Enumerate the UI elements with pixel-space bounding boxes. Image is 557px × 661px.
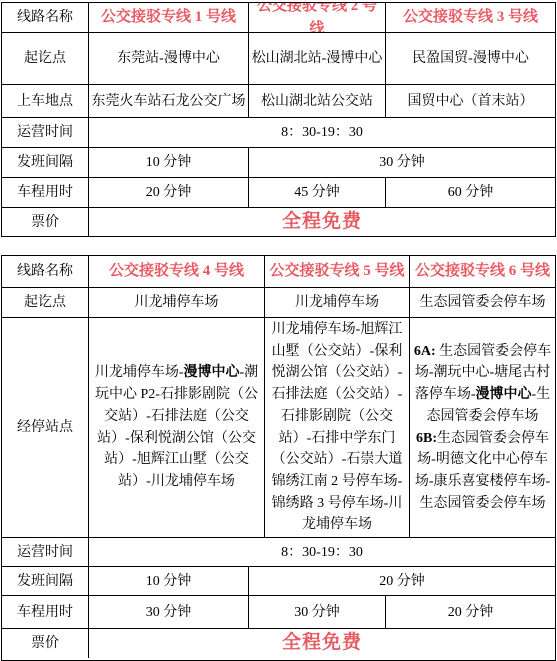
lines-5-6-interval: 20 分钟 — [249, 567, 555, 595]
row-label-fare: 票价 — [2, 629, 89, 658]
lines-2-3-interval: 30 分钟 — [249, 148, 555, 177]
table-row-endpoints: 起讫点 东莞站-漫博中心 松山湖北站-漫博中心 民盈国贸-漫博中心 — [2, 33, 555, 85]
line-6a-stops-text: 6A: 生态园管委会停车场-潮玩中心-塘尾古村落停车场-漫博中心-生态园管委会停… — [413, 341, 552, 428]
line-2-name: 公交接驳专线 2 号线 — [249, 3, 386, 32]
table-row-fare: 票价 全程免费 — [2, 208, 555, 236]
table-row-interval: 发班间隔 10 分钟 30 分钟 — [2, 148, 555, 178]
table-row-interval: 发班间隔 10 分钟 20 分钟 — [2, 567, 555, 596]
line-2-duration: 45 分钟 — [249, 178, 386, 207]
line-6b-stops-text: 6B:生态园管委会停车场-明德文化中心停车场-康乐喜宴楼停车场-生态园管委会停车… — [413, 428, 552, 515]
fare-all-lines: 全程免费 — [89, 208, 555, 236]
table-row-line-name: 线路名称 公交接驳专线 4 号线 公交接驳专线 5 号线 公交接驳专线 6 号线 — [2, 256, 555, 288]
line-4-stops: 川龙埔停车场-漫博中心-潮玩中心 P2-石排影剧院（公交站）-石排法庭（公交站）… — [89, 318, 265, 537]
line-5-stops: 川龙埔停车场-旭辉江山墅（公交站）-保利悦湖公馆（公交站）-石排法庭（公交站）-… — [265, 318, 410, 537]
row-label-interval: 发班间隔 — [2, 567, 89, 595]
line-4-endpoints: 川龙埔停车场 — [89, 288, 265, 317]
line-6-endpoints: 生态园管委会停车场 — [410, 288, 555, 317]
line-4-duration: 30 分钟 — [89, 596, 249, 628]
shuttle-lines-page: 线路名称 公交接驳专线 1 号线 公交接驳专线 2 号线 公交接驳专线 3 号线… — [0, 0, 557, 661]
fare-all-lines: 全程免费 — [89, 629, 555, 658]
row-label-stops: 经停站点 — [2, 318, 89, 537]
table-row-endpoints: 起讫点 川龙埔停车场 川龙埔停车场 生态园管委会停车场 — [2, 288, 555, 318]
shuttle-table-lines-1-3: 线路名称 公交接驳专线 1 号线 公交接驳专线 2 号线 公交接驳专线 3 号线… — [1, 2, 556, 237]
row-label-hours: 运营时间 — [2, 538, 89, 566]
line-1-interval: 10 分钟 — [89, 148, 249, 177]
table-row-stops: 经停站点 川龙埔停车场-漫博中心-潮玩中心 P2-石排影剧院（公交站）-石排法庭… — [2, 318, 555, 538]
line-4-interval: 10 分钟 — [89, 567, 249, 595]
line-6-name: 公交接驳专线 6 号线 — [410, 256, 555, 287]
row-label-line-name: 线路名称 — [2, 256, 89, 287]
row-label-endpoints: 起讫点 — [2, 288, 89, 317]
line-3-endpoints: 民盈国贸-漫博中心 — [386, 33, 555, 84]
table-row-line-name: 线路名称 公交接驳专线 1 号线 公交接驳专线 2 号线 公交接驳专线 3 号线 — [2, 3, 555, 33]
hours-all-lines: 8：30-19：30 — [89, 538, 555, 566]
line-1-name: 公交接驳专线 1 号线 — [89, 3, 249, 32]
row-label-hours: 运营时间 — [2, 118, 89, 147]
line-3-name: 公交接驳专线 3 号线 — [386, 3, 555, 32]
table-row-hours: 运营时间 8：30-19：30 — [2, 538, 555, 567]
row-label-boarding: 上车地点 — [2, 85, 89, 117]
row-label-duration: 车程用时 — [2, 596, 89, 628]
row-label-line-name: 线路名称 — [2, 3, 89, 32]
line-5-stops-text: 川龙埔停车场-旭辉江山墅（公交站）-保利悦湖公馆（公交站）-石排法庭（公交站）-… — [268, 319, 406, 536]
line-3-duration: 60 分钟 — [386, 178, 555, 207]
line-5-endpoints: 川龙埔停车场 — [265, 288, 410, 317]
line-5-name: 公交接驳专线 5 号线 — [265, 256, 410, 287]
line-1-boarding: 东莞火车站石龙公交广场 — [89, 85, 249, 117]
row-label-interval: 发班间隔 — [2, 148, 89, 177]
line-3-boarding: 国贸中心（首末站） — [386, 85, 555, 117]
shuttle-table-lines-4-6: 线路名称 公交接驳专线 4 号线 公交接驳专线 5 号线 公交接驳专线 6 号线… — [1, 255, 556, 661]
row-label-fare: 票价 — [2, 208, 89, 236]
hours-all-lines: 8：30-19：30 — [89, 118, 555, 147]
line-6-stops: 6A: 生态园管委会停车场-潮玩中心-塘尾古村落停车场-漫博中心-生态园管委会停… — [410, 318, 555, 537]
row-label-duration: 车程用时 — [2, 178, 89, 207]
table-row-boarding: 上车地点 东莞火车站石龙公交广场 松山湖北站公交站 国贸中心（首末站） — [2, 85, 555, 118]
row-label-endpoints: 起讫点 — [2, 33, 89, 84]
line-5-duration: 30 分钟 — [249, 596, 386, 628]
line-2-endpoints: 松山湖北站-漫博中心 — [249, 33, 386, 84]
table-row-fare: 票价 全程免费 — [2, 629, 555, 658]
line-2-boarding: 松山湖北站公交站 — [249, 85, 386, 117]
table-row-duration: 车程用时 20 分钟 45 分钟 60 分钟 — [2, 178, 555, 208]
line-6-duration: 20 分钟 — [386, 596, 555, 628]
line-1-endpoints: 东莞站-漫博中心 — [89, 33, 249, 84]
line-1-duration: 20 分钟 — [89, 178, 249, 207]
line-4-stops-text: 川龙埔停车场-漫博中心-潮玩中心 P2-石排影剧院（公交站）-石排法庭（公交站）… — [92, 362, 261, 492]
line-4-name: 公交接驳专线 4 号线 — [89, 256, 265, 287]
table-row-duration: 车程用时 30 分钟 30 分钟 20 分钟 — [2, 596, 555, 629]
table-row-hours: 运营时间 8：30-19：30 — [2, 118, 555, 148]
